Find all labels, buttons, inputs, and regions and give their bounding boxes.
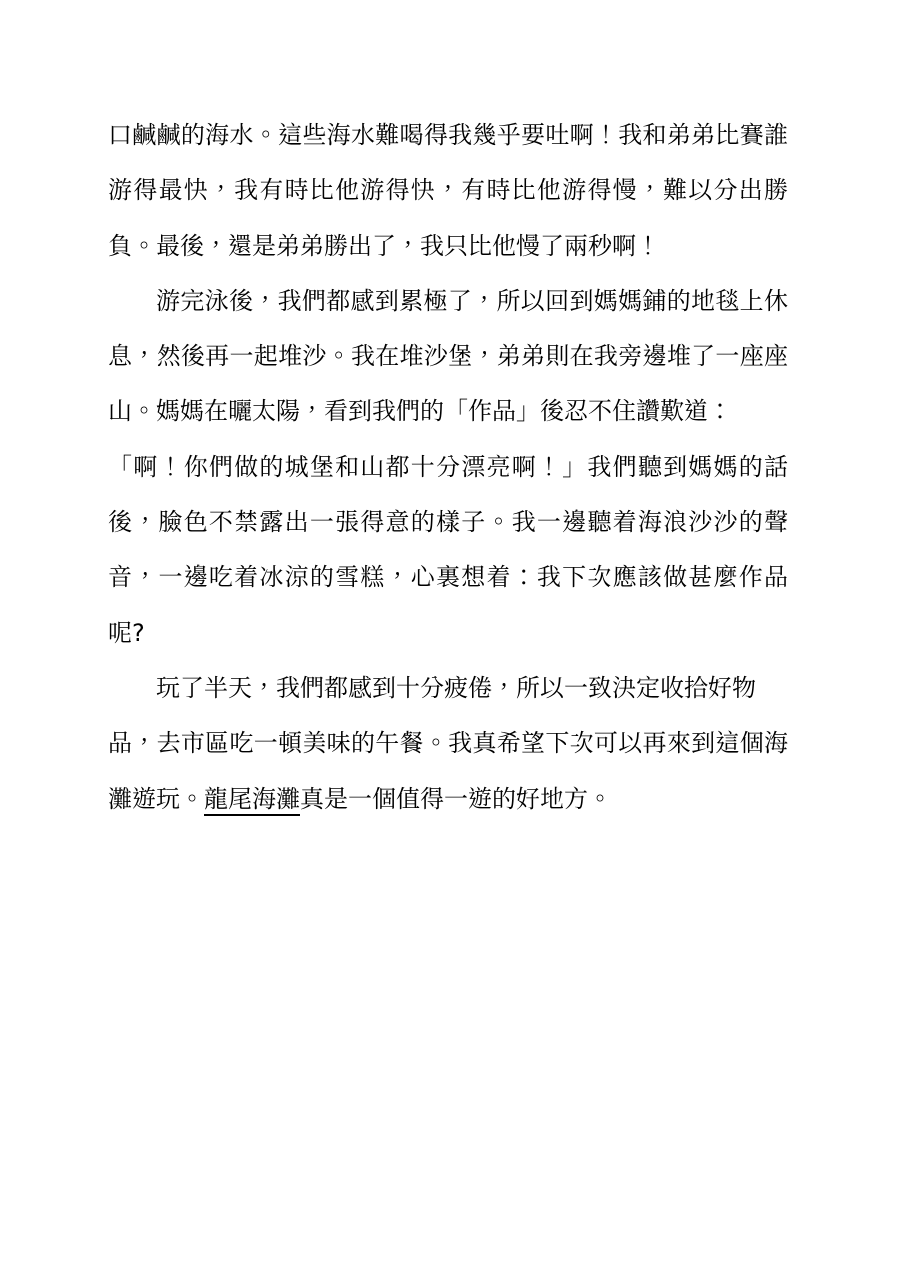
text-segment: 負。最後，還是弟弟勝出了，我只比他慢了兩秒啊！ (108, 232, 660, 260)
text-line: 品，去市區吃一頓美味的午餐。我真希望下次可以再來到這個海 (108, 716, 788, 771)
text-line: 玩了半天，我們都感到十分疲倦，所以一致決定收拾好物 (108, 661, 788, 716)
text-segment: 後，臉色不禁露出一張得意的樣子。我一邊聽着海浪沙沙的聲 (108, 508, 788, 536)
text-segment: 灘遊玩。 (108, 785, 204, 813)
paragraph: 口鹹鹹的海水。這些海水難喝得我幾乎要吐啊！我和弟弟比賽誰游得最快，我有時比他游得… (108, 108, 788, 274)
text-line: 游完泳後，我們都感到累極了，所以回到媽媽鋪的地毯上休 (108, 274, 788, 329)
text-segment: 口鹹鹹的海水。這些海水難喝得我幾乎要吐啊！我和弟弟比賽誰 (108, 121, 788, 149)
paragraph: 玩了半天，我們都感到十分疲倦，所以一致決定收拾好物品，去市區吃一頓美味的午餐。我… (108, 661, 788, 827)
document-body: 口鹹鹹的海水。這些海水難喝得我幾乎要吐啊！我和弟弟比賽誰游得最快，我有時比他游得… (108, 108, 788, 827)
text-segment: 品，去市區吃一頓美味的午餐。我真希望下次可以再來到這個海 (108, 729, 788, 757)
text-segment: 山。媽媽在曬太陽，看到我們的「作品」後忍不住讚歎道： (108, 397, 732, 425)
text-line: 息，然後再一起堆沙。我在堆沙堡，弟弟則在我旁邊堆了一座座 (108, 329, 788, 384)
text-segment: 玩了半天，我們都感到十分疲倦，所以一致決定收拾好物 (156, 674, 756, 702)
text-segment: 音，一邊吃着冰涼的雪糕，心裏想着：我下次應該做甚麼作品 (108, 563, 788, 591)
text-line: 後，臉色不禁露出一張得意的樣子。我一邊聽着海浪沙沙的聲 (108, 495, 788, 550)
document-page: 口鹹鹹的海水。這些海水難喝得我幾乎要吐啊！我和弟弟比賽誰游得最快，我有時比他游得… (0, 0, 905, 1280)
text-line: 「啊！你們做的城堡和山都十分漂亮啊！」我們聽到媽媽的話 (108, 440, 788, 495)
text-line: 口鹹鹹的海水。這些海水難喝得我幾乎要吐啊！我和弟弟比賽誰 (108, 108, 788, 163)
text-line: 山。媽媽在曬太陽，看到我們的「作品」後忍不住讚歎道： (108, 384, 788, 439)
underlined-text: 龍尾海灘 (204, 785, 300, 816)
text-segment: 真是一個值得一遊的好地方。 (300, 785, 612, 813)
text-segment: 息，然後再一起堆沙。我在堆沙堡，弟弟則在我旁邊堆了一座座 (108, 342, 788, 370)
text-line: 灘遊玩。龍尾海灘真是一個值得一遊的好地方。 (108, 772, 788, 827)
text-segment: 「啊！你們做的城堡和山都十分漂亮啊！」我們聽到媽媽的話 (108, 453, 788, 481)
text-segment: 游得最快，我有時比他游得快，有時比他游得慢，難以分出勝 (108, 176, 788, 204)
text-segment: 呢? (108, 619, 145, 647)
text-line: 負。最後，還是弟弟勝出了，我只比他慢了兩秒啊！ (108, 219, 788, 274)
text-line: 游得最快，我有時比他游得快，有時比他游得慢，難以分出勝 (108, 163, 788, 218)
text-line: 呢? (108, 606, 788, 661)
paragraph: 游完泳後，我們都感到累極了，所以回到媽媽鋪的地毯上休息，然後再一起堆沙。我在堆沙… (108, 274, 788, 661)
text-line: 音，一邊吃着冰涼的雪糕，心裏想着：我下次應該做甚麼作品 (108, 550, 788, 605)
text-segment: 游完泳後，我們都感到累極了，所以回到媽媽鋪的地毯上休 (156, 287, 788, 315)
